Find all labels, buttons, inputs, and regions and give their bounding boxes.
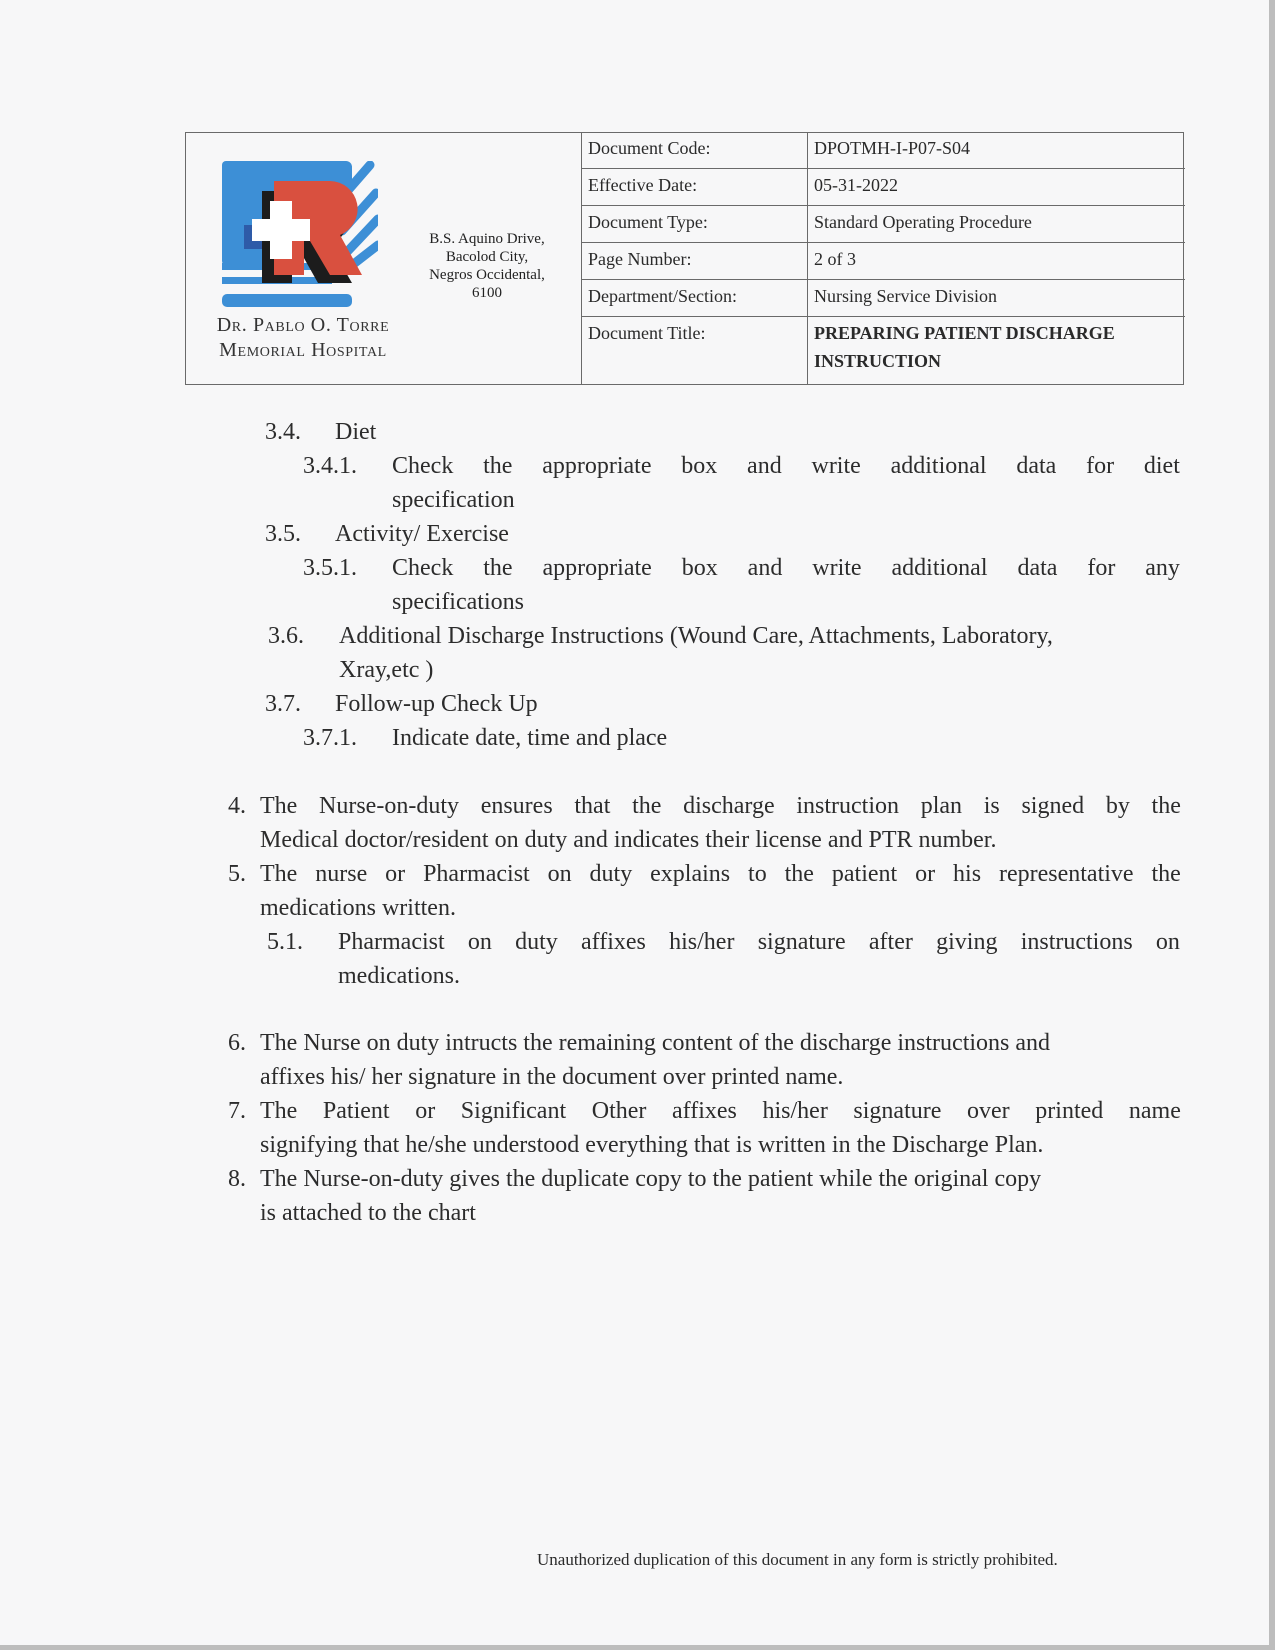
meta-row-page-number: Page Number: 2 of 3 [582, 243, 1186, 280]
step-3-6-cont: Xray,etc ) [339, 655, 433, 685]
word: write [812, 553, 861, 583]
meta-row-document-code: Document Code: DPOTMH-I-P07-S04 [582, 132, 1186, 169]
word: plan [921, 791, 962, 821]
footer-notice: Unauthorized duplication of this documen… [537, 1550, 1058, 1570]
word: the [1152, 791, 1181, 821]
word: the [785, 859, 814, 889]
word: or [915, 859, 935, 889]
word: box [682, 553, 718, 583]
word: giving [936, 927, 997, 957]
word: the [483, 451, 512, 481]
word: Check [392, 451, 453, 481]
word: Nurse-on-duty [319, 791, 459, 821]
word: representative [999, 859, 1134, 889]
word: the [1152, 859, 1181, 889]
word: diet [1144, 451, 1180, 481]
hospital-logo-icon [222, 161, 378, 311]
word: discharge [683, 791, 775, 821]
meta-value: Standard Operating Procedure [808, 206, 1186, 243]
word: appropriate [543, 553, 652, 583]
word: patient [832, 859, 897, 889]
word: the [632, 791, 661, 821]
word: his [953, 859, 981, 889]
word: box [681, 451, 717, 481]
word: Pharmacist [338, 927, 445, 957]
word: instruction [796, 791, 899, 821]
word: Check [392, 553, 453, 583]
word: data [1017, 553, 1057, 583]
word: instructions [1021, 927, 1133, 957]
meta-label: Document Type: [582, 206, 808, 243]
meta-row-department: Department/Section: Nursing Service Divi… [582, 280, 1186, 317]
word: explains [650, 859, 730, 889]
meta-label: Document Code: [582, 132, 808, 169]
word: signature [758, 927, 846, 957]
word: on [1156, 927, 1180, 957]
word: Other [592, 1096, 647, 1126]
word: additional [891, 451, 987, 481]
step-8-cont: is attached to the chart [260, 1198, 476, 1228]
word: that [574, 791, 610, 821]
word: affixes [581, 927, 646, 957]
justified-line: ThePatientorSignificantOtheraffixeshis/h… [260, 1096, 1181, 1126]
step-3-5-1-cont: specifications [392, 587, 524, 617]
word: for [1086, 451, 1114, 481]
word: by [1106, 791, 1130, 821]
word: name [1129, 1096, 1181, 1126]
hospital-address: B.S. Aquino Drive, Bacolod City, Negros … [412, 230, 562, 302]
word: Significant [461, 1096, 566, 1126]
word: ensures [481, 791, 553, 821]
word: The [260, 1096, 297, 1126]
step-6-cont: affixes his/ her signature in the docume… [260, 1062, 843, 1092]
justified-line: TheNurse-on-dutyensuresthatthedischargei… [260, 791, 1181, 821]
scan-edge-right [1269, 0, 1275, 1650]
word: or [415, 1096, 435, 1126]
hospital-name: Dr. Pablo O. Torre Memorial Hospital [198, 313, 408, 363]
step-5-1-cont: medications. [338, 961, 460, 991]
justified-line: Checktheappropriateboxandwriteadditional… [392, 451, 1180, 481]
meta-row-document-title: Document Title: PREPARING PATIENT DISCHA… [582, 317, 1186, 384]
word: duty [590, 859, 633, 889]
word: affixes [672, 1096, 737, 1126]
justified-line: Pharmacistondutyaffixeshis/hersignaturea… [338, 927, 1180, 957]
word: and [748, 553, 783, 583]
word: or [385, 859, 405, 889]
word: duty [515, 927, 558, 957]
word: for [1087, 553, 1115, 583]
word: appropriate [542, 451, 651, 481]
word: additional [892, 553, 988, 583]
word: his/her [669, 927, 734, 957]
word: is [984, 791, 1000, 821]
word: the [483, 553, 512, 583]
meta-row-effective-date: Effective Date: 05-31-2022 [582, 169, 1186, 206]
meta-value: Nursing Service Division [808, 280, 1186, 317]
meta-row-document-type: Document Type: Standard Operating Proced… [582, 206, 1186, 243]
word: signed [1021, 791, 1084, 821]
document-title: PREPARING PATIENT DISCHARGE INSTRUCTION [808, 317, 1186, 384]
step-3-4-1-cont: specification [392, 485, 515, 515]
meta-label: Department/Section: [582, 280, 808, 317]
word: on [548, 859, 572, 889]
word: Patient [323, 1096, 390, 1126]
scan-edge-bottom [0, 1645, 1275, 1650]
word: over [967, 1096, 1010, 1126]
word: printed [1035, 1096, 1103, 1126]
meta-label: Effective Date: [582, 169, 808, 206]
word: signature [853, 1096, 941, 1126]
meta-label: Document Title: [582, 317, 808, 384]
step-5-cont: medications written. [260, 893, 456, 923]
word: after [869, 927, 913, 957]
word: his/her [762, 1096, 827, 1126]
word: any [1145, 553, 1180, 583]
word: on [468, 927, 492, 957]
word: Pharmacist [423, 859, 530, 889]
word: write [811, 451, 860, 481]
justified-line: Checktheappropriateboxandwriteadditional… [392, 553, 1180, 583]
meta-value: 2 of 3 [808, 243, 1186, 280]
word: The [260, 859, 297, 889]
meta-label: Page Number: [582, 243, 808, 280]
word: to [748, 859, 767, 889]
step-4-cont: Medical doctor/resident on duty and indi… [260, 825, 996, 855]
step-7-cont: signifying that he/she understood everyt… [260, 1130, 1043, 1160]
document-metadata-table: Document Code: DPOTMH-I-P07-S04 Effectiv… [581, 132, 1185, 384]
meta-value: DPOTMH-I-P07-S04 [808, 132, 1186, 169]
meta-value: 05-31-2022 [808, 169, 1186, 206]
word: and [747, 451, 782, 481]
word: The [260, 791, 297, 821]
hospital-branding: Dr. Pablo O. Torre Memorial Hospital B.S… [186, 133, 582, 384]
word: nurse [315, 859, 367, 889]
word: data [1016, 451, 1056, 481]
document-header: Dr. Pablo O. Torre Memorial Hospital B.S… [185, 132, 1184, 385]
justified-line: ThenurseorPharmacistondutyexplainstothep… [260, 859, 1181, 889]
